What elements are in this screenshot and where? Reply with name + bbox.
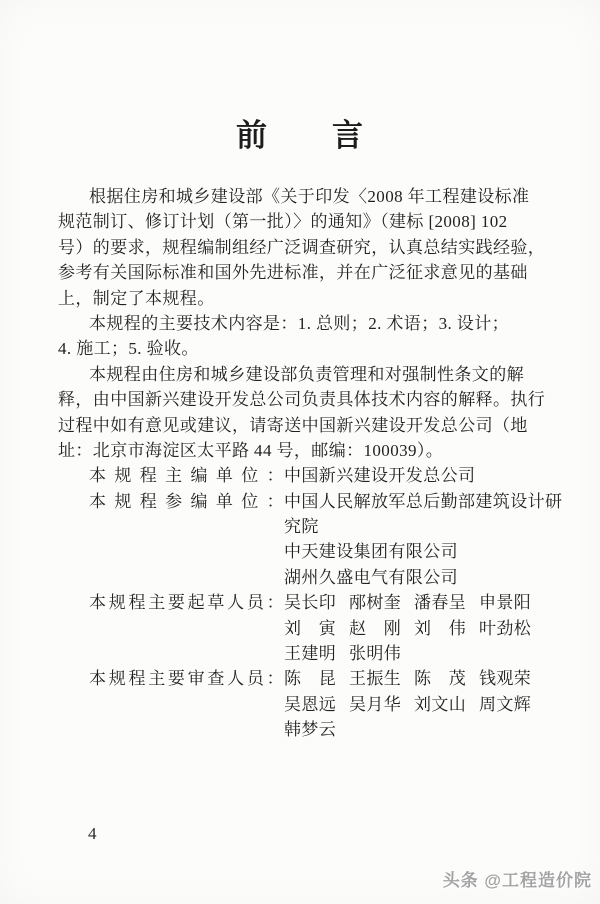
person-name: 吴月华 — [349, 692, 400, 717]
paragraph-2-line-1: 本规程的主要技术内容是：1. 总则；2. 术语；3. 设计； — [58, 311, 558, 336]
person-name: 韩梦云 — [284, 717, 335, 742]
person-name: 吴恩远 — [284, 692, 335, 717]
person-name: 刘 寅 — [284, 616, 335, 641]
page-title: 前 言 — [0, 110, 600, 155]
person-name: 陈 茂 — [414, 666, 465, 691]
person-name: 刘文山 — [414, 692, 465, 717]
person-name: 张明伟 — [349, 641, 400, 666]
paragraph-1-line-3: 号）的要求，规程编制组经广泛调查研究，认真总结实践经验， — [58, 235, 558, 260]
paragraph-3-line-3: 过程中如有意见或建议，请寄送中国新兴建设开发总公司（地 — [58, 413, 558, 438]
credit-label: 本规程参编单位： — [89, 489, 284, 514]
watermark-text: 头条 @工程造价院 — [443, 866, 592, 891]
credit-3-row-1: 本规程主要起草人员：吴长印邴树奎潘春呈申景阳 — [58, 590, 558, 615]
person-name: 王建明 — [284, 641, 335, 666]
person-name: 陈 昆 — [284, 666, 335, 691]
credit-1-row-1: 本规程主编单位：中国新兴建设开发总公司 — [58, 463, 558, 488]
org-name: 中天建设集团有限公司 — [284, 542, 458, 561]
paragraph-1-line-1: 根据住房和城乡建设部《关于印发〈2008 年工程建设标准 — [58, 184, 558, 209]
credit-2-row-2: 究院 — [58, 514, 558, 539]
person-name: 吴长印 — [284, 590, 335, 615]
person-name: 赵 刚 — [349, 616, 400, 641]
person-name: 周文辉 — [479, 692, 530, 717]
credit-label: 本规程主编单位： — [89, 463, 284, 488]
credit-2-row-1: 本规程参编单位：中国人民解放军总后勤部建筑设计研 — [58, 489, 558, 514]
credit-4-row-3: 韩梦云 — [58, 717, 558, 742]
org-name: 中国新兴建设开发总公司 — [284, 466, 475, 485]
paragraph-1-line-4: 参考有关国际标准和国外先进标准，并在广泛征求意见的基础 — [58, 260, 558, 285]
person-name: 邴树奎 — [349, 590, 400, 615]
person-name: 叶劲松 — [479, 616, 530, 641]
paragraph-1-line-5: 上，制定了本规程。 — [58, 286, 558, 311]
paragraph-2-line-2: 4. 施工；5. 验收。 — [58, 336, 558, 361]
credit-4-row-2: 吴恩远吴月华刘文山周文辉 — [58, 692, 558, 717]
credit-4-row-1: 本规程主要审查人员：陈 昆王振生陈 茂钱观荣 — [58, 666, 558, 691]
person-name: 钱观荣 — [479, 666, 530, 691]
document-page: 前 言 根据住房和城乡建设部《关于印发〈2008 年工程建设标准规范制订、修订计… — [0, 0, 600, 904]
person-name: 王振生 — [349, 666, 400, 691]
preface-body: 根据住房和城乡建设部《关于印发〈2008 年工程建设标准规范制订、修订计划（第一… — [58, 184, 558, 743]
page-number: 4 — [88, 824, 97, 844]
person-name: 申景阳 — [479, 590, 530, 615]
paragraph-1-line-2: 规范制订、修订计划（第一批）〉的通知》（建标 [2008] 102 — [58, 209, 558, 234]
paragraph-3-line-1: 本规程由住房和城乡建设部负责管理和对强制性条文的解 — [58, 362, 558, 387]
credit-2-row-3: 中天建设集团有限公司 — [58, 539, 558, 564]
paragraph-3-line-2: 释，由中国新兴建设开发总公司负责具体技术内容的解释。执行 — [58, 387, 558, 412]
person-name: 潘春呈 — [414, 590, 465, 615]
org-name: 湖州久盛电气有限公司 — [284, 568, 458, 587]
org-name: 究院 — [284, 517, 319, 536]
paragraph-3-line-4: 址：北京市海淀区太平路 44 号，邮编：100039）。 — [58, 438, 558, 463]
credit-3-row-2: 刘 寅赵 刚刘 伟叶劲松 — [58, 616, 558, 641]
credit-label: 本规程主要起草人员： — [89, 590, 284, 615]
credit-label: 本规程主要审查人员： — [89, 666, 284, 691]
org-name: 中国人民解放军总后勤部建筑设计研 — [284, 492, 562, 511]
person-name: 刘 伟 — [414, 616, 465, 641]
credit-2-row-4: 湖州久盛电气有限公司 — [58, 565, 558, 590]
credit-3-row-3: 王建明张明伟 — [58, 641, 558, 666]
